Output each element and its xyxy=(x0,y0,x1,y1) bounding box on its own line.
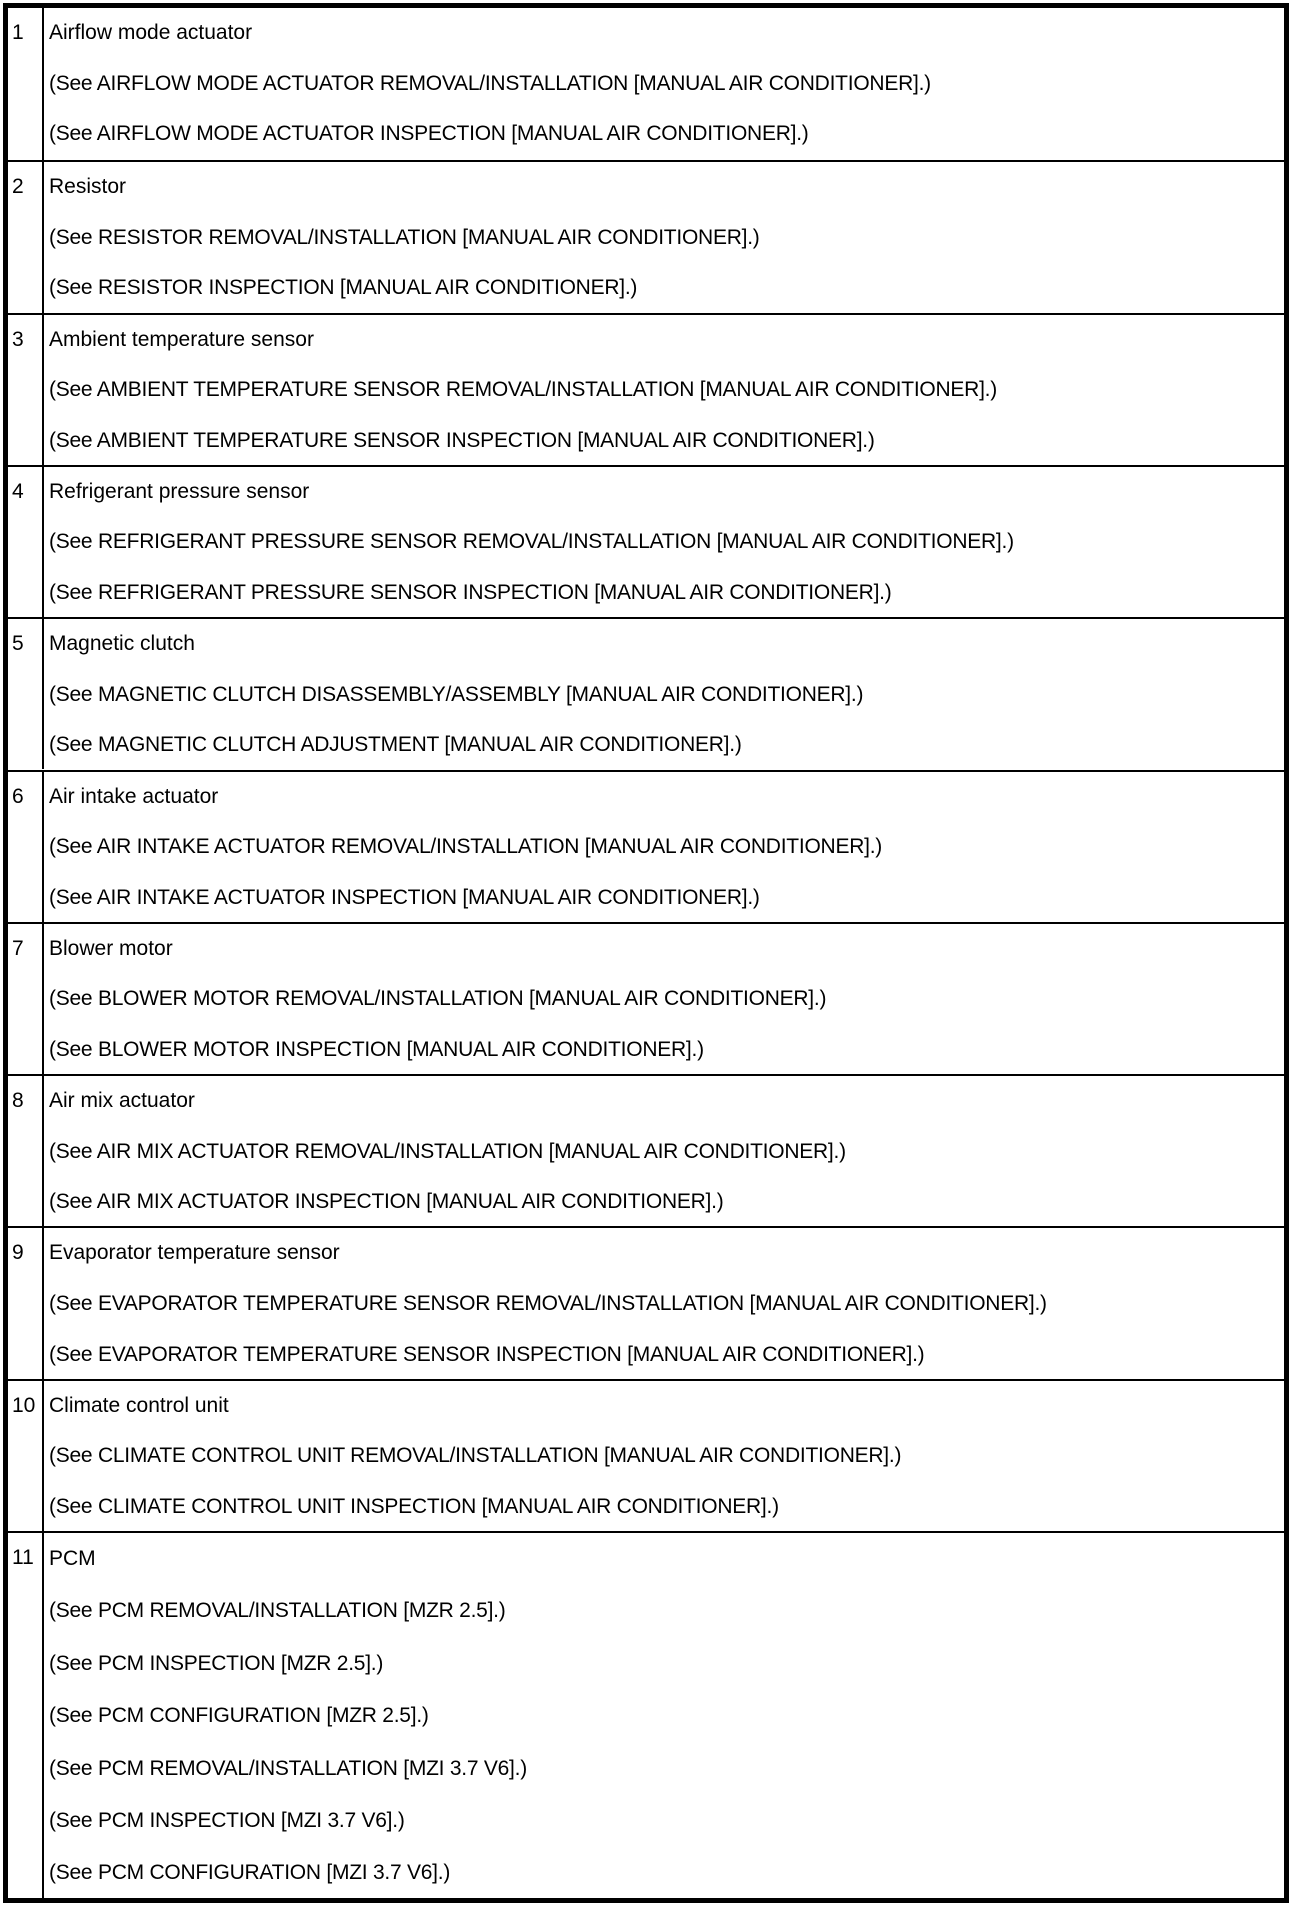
item-number: 6 xyxy=(12,772,24,822)
table-row: 1Airflow mode actuator(See AIRFLOW MODE … xyxy=(8,8,1284,160)
item-number-cell: 11 xyxy=(8,1533,44,1898)
item-number-cell: 3 xyxy=(8,315,44,465)
item-number-cell: 1 xyxy=(8,8,44,160)
item-number: 1 xyxy=(12,8,24,58)
item-number: 10 xyxy=(12,1381,35,1431)
component-name: Resistor xyxy=(44,162,1284,213)
item-number-cell: 5 xyxy=(8,619,44,769)
procedure-reference-link[interactable]: (See AIR MIX ACTUATOR REMOVAL/INSTALLATI… xyxy=(44,1127,1284,1178)
procedure-reference-link[interactable]: (See BLOWER MOTOR REMOVAL/INSTALLATION [… xyxy=(44,974,1284,1025)
table-row: 4Refrigerant pressure sensor(See REFRIGE… xyxy=(8,465,1284,617)
item-number-cell: 2 xyxy=(8,162,44,312)
item-number-cell: 4 xyxy=(8,467,44,617)
procedure-reference-link[interactable]: (See PCM INSPECTION [MZI 3.7 V6].) xyxy=(44,1795,1284,1847)
procedure-reference-link[interactable]: (See AIRFLOW MODE ACTUATOR INSPECTION [M… xyxy=(44,109,1284,160)
table-row: 9Evaporator temperature sensor(See EVAPO… xyxy=(8,1226,1284,1378)
item-number-cell: 8 xyxy=(8,1076,44,1226)
item-detail-cell: Resistor(See RESISTOR REMOVAL/INSTALLATI… xyxy=(44,162,1284,312)
procedure-reference-link[interactable]: (See PCM CONFIGURATION [MZI 3.7 V6].) xyxy=(44,1847,1284,1899)
item-number-cell: 9 xyxy=(8,1228,44,1378)
item-number: 3 xyxy=(12,315,24,365)
item-number-cell: 10 xyxy=(8,1381,44,1531)
component-name: Blower motor xyxy=(44,924,1284,975)
component-name: Airflow mode actuator xyxy=(44,8,1284,59)
procedure-reference-link[interactable]: (See BLOWER MOTOR INSPECTION [MANUAL AIR… xyxy=(44,1025,1284,1076)
item-number: 7 xyxy=(12,924,24,974)
item-detail-cell: Magnetic clutch(See MAGNETIC CLUTCH DISA… xyxy=(44,619,1284,769)
component-name: Air mix actuator xyxy=(44,1076,1284,1127)
item-number-cell: 7 xyxy=(8,924,44,1074)
item-detail-cell: Evaporator temperature sensor(See EVAPOR… xyxy=(44,1228,1284,1378)
procedure-reference-link[interactable]: (See PCM CONFIGURATION [MZR 2.5].) xyxy=(44,1690,1284,1742)
component-name: Climate control unit xyxy=(44,1381,1284,1432)
item-detail-cell: Refrigerant pressure sensor(See REFRIGER… xyxy=(44,467,1284,617)
table-row: 7Blower motor(See BLOWER MOTOR REMOVAL/I… xyxy=(8,922,1284,1074)
table-row: 11PCM(See PCM REMOVAL/INSTALLATION [MZR … xyxy=(8,1531,1284,1898)
procedure-reference-link[interactable]: (See REFRIGERANT PRESSURE SENSOR REMOVAL… xyxy=(44,517,1284,568)
table-row: 2Resistor(See RESISTOR REMOVAL/INSTALLAT… xyxy=(8,160,1284,312)
table-row: 6Air intake actuator(See AIR INTAKE ACTU… xyxy=(8,770,1284,922)
component-name: Air intake actuator xyxy=(44,772,1284,823)
procedure-reference-link[interactable]: (See CLIMATE CONTROL UNIT INSPECTION [MA… xyxy=(44,1482,1284,1533)
component-name: Refrigerant pressure sensor xyxy=(44,467,1284,518)
procedure-reference-link[interactable]: (See REFRIGERANT PRESSURE SENSOR INSPECT… xyxy=(44,568,1284,619)
item-detail-cell: Airflow mode actuator(See AIRFLOW MODE A… xyxy=(44,8,1284,160)
procedure-reference-link[interactable]: (See MAGNETIC CLUTCH ADJUSTMENT [MANUAL … xyxy=(44,720,1284,771)
item-number: 4 xyxy=(12,467,24,517)
item-detail-cell: Blower motor(See BLOWER MOTOR REMOVAL/IN… xyxy=(44,924,1284,1074)
procedure-reference-link[interactable]: (See AMBIENT TEMPERATURE SENSOR REMOVAL/… xyxy=(44,365,1284,416)
item-detail-cell: Climate control unit(See CLIMATE CONTROL… xyxy=(44,1381,1284,1531)
item-number-cell: 6 xyxy=(8,772,44,922)
procedure-reference-link[interactable]: (See AIR INTAKE ACTUATOR INSPECTION [MAN… xyxy=(44,873,1284,924)
item-detail-cell: Air intake actuator(See AIR INTAKE ACTUA… xyxy=(44,772,1284,922)
procedure-reference-link[interactable]: (See AIR MIX ACTUATOR INSPECTION [MANUAL… xyxy=(44,1177,1284,1228)
item-number: 11 xyxy=(12,1533,34,1583)
item-number: 5 xyxy=(12,619,24,669)
procedure-reference-link[interactable]: (See EVAPORATOR TEMPERATURE SENSOR INSPE… xyxy=(44,1330,1284,1381)
procedure-reference-link[interactable]: (See PCM REMOVAL/INSTALLATION [MZR 2.5].… xyxy=(44,1585,1284,1637)
item-number: 8 xyxy=(12,1076,24,1126)
table-row: 10Climate control unit(See CLIMATE CONTR… xyxy=(8,1379,1284,1531)
table-row: 8Air mix actuator(See AIR MIX ACTUATOR R… xyxy=(8,1074,1284,1226)
table-row: 3Ambient temperature sensor(See AMBIENT … xyxy=(8,313,1284,465)
component-name: Evaporator temperature sensor xyxy=(44,1228,1284,1279)
procedure-reference-link[interactable]: (See CLIMATE CONTROL UNIT REMOVAL/INSTAL… xyxy=(44,1431,1284,1482)
table-row: 5Magnetic clutch(See MAGNETIC CLUTCH DIS… xyxy=(8,617,1284,769)
procedure-reference-link[interactable]: (See EVAPORATOR TEMPERATURE SENSOR REMOV… xyxy=(44,1279,1284,1330)
procedure-reference-link[interactable]: (See AIRFLOW MODE ACTUATOR REMOVAL/INSTA… xyxy=(44,59,1284,110)
procedure-reference-link[interactable]: (See PCM INSPECTION [MZR 2.5].) xyxy=(44,1638,1284,1690)
item-detail-cell: PCM(See PCM REMOVAL/INSTALLATION [MZR 2.… xyxy=(44,1533,1284,1898)
component-reference-table: 1Airflow mode actuator(See AIRFLOW MODE … xyxy=(3,3,1289,1903)
item-number: 9 xyxy=(12,1228,24,1278)
component-name: Ambient temperature sensor xyxy=(44,315,1284,366)
item-detail-cell: Air mix actuator(See AIR MIX ACTUATOR RE… xyxy=(44,1076,1284,1226)
component-name: PCM xyxy=(44,1533,1284,1585)
item-detail-cell: Ambient temperature sensor(See AMBIENT T… xyxy=(44,315,1284,465)
item-number: 2 xyxy=(12,162,24,212)
procedure-reference-link[interactable]: (See AIR INTAKE ACTUATOR REMOVAL/INSTALL… xyxy=(44,822,1284,873)
component-name: Magnetic clutch xyxy=(44,619,1284,670)
procedure-reference-link[interactable]: (See RESISTOR INSPECTION [MANUAL AIR CON… xyxy=(44,263,1284,314)
procedure-reference-link[interactable]: (See RESISTOR REMOVAL/INSTALLATION [MANU… xyxy=(44,213,1284,264)
procedure-reference-link[interactable]: (See PCM REMOVAL/INSTALLATION [MZI 3.7 V… xyxy=(44,1743,1284,1795)
procedure-reference-link[interactable]: (See MAGNETIC CLUTCH DISASSEMBLY/ASSEMBL… xyxy=(44,670,1284,721)
procedure-reference-link[interactable]: (See AMBIENT TEMPERATURE SENSOR INSPECTI… xyxy=(44,416,1284,467)
